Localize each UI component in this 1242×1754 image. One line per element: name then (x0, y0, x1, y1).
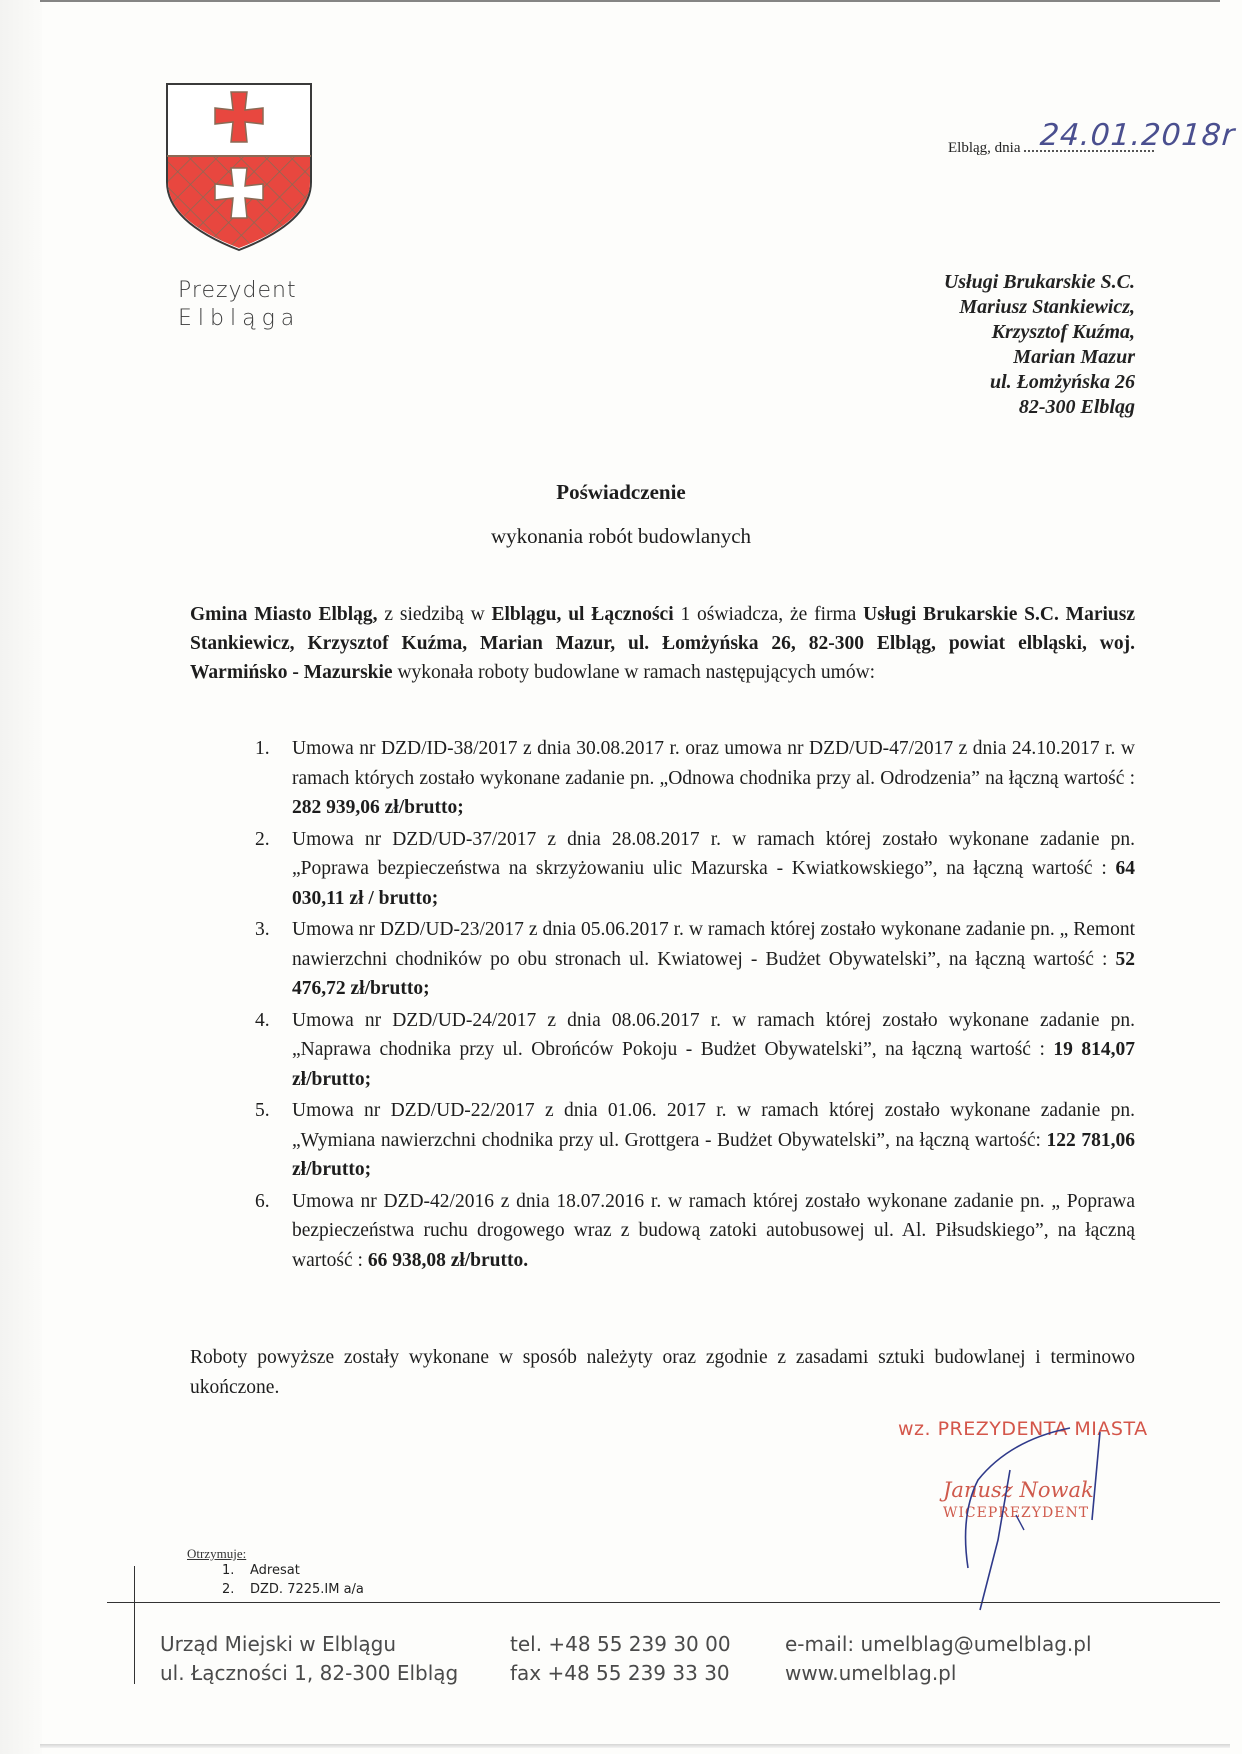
footer-contact: e-mail: umelblag@umelblag.pl www.umelbla… (785, 1630, 1092, 1688)
scan-top-edge (40, 0, 1220, 2)
footer-divider (107, 1602, 1220, 1603)
addressee-line: 82-300 Elbląg (944, 395, 1135, 420)
contract-item: 3.Umowa nr DZD/UD-23/2017 z dnia 05.06.2… (255, 915, 1135, 1004)
contract-amount: 282 939,06 zł/brutto; (292, 797, 464, 818)
contract-item: 1.Umowa nr DZD/ID-38/2017 z dnia 30.08.2… (255, 734, 1135, 823)
contract-amount: 66 938,08 zł/brutto. (368, 1250, 528, 1271)
distribution-text: DZD. 7225.IM a/a (250, 1582, 364, 1597)
intro-bold-2: Elblągu, ul Łączności (491, 604, 673, 625)
contract-text: Umowa nr DZD/UD-37/2017 z dnia 28.08.201… (292, 829, 1135, 880)
footer-website[interactable]: www.umelblag.pl (785, 1659, 1092, 1688)
distribution-item: 2.DZD. 7225.IM a/a (222, 1580, 364, 1599)
footer-fax: fax +48 55 239 33 30 (510, 1659, 731, 1688)
contract-item: 6.Umowa nr DZD-42/2016 z dnia 18.07.2016… (255, 1187, 1135, 1276)
distribution-text: Adresat (250, 1563, 300, 1578)
contracts-list: 1.Umowa nr DZD/ID-38/2017 z dnia 30.08.2… (255, 734, 1135, 1277)
addressee-line: Mariusz Stankiewicz, (944, 295, 1135, 320)
addressee-line: Usługi Brukarskie S.C. (944, 270, 1135, 295)
addressee-block: Usługi Brukarskie S.C. Mariusz Stankiewi… (944, 270, 1135, 420)
addressee-line: ul. Łomżyńska 26 (944, 370, 1135, 395)
footer-office-address: ul. Łączności 1, 82-300 Elbląg (160, 1659, 458, 1688)
intro-bold-1: Gmina Miasto Elbląg, (190, 604, 378, 625)
distribution-item: 1.Adresat (222, 1561, 364, 1580)
contract-text: Umowa nr DZD/UD-24/2017 z dnia 08.06.201… (292, 1010, 1135, 1061)
footer-office-name: Urząd Miejski w Elblągu (160, 1630, 458, 1659)
contract-text: Umowa nr DZD/UD-23/2017 z dnia 05.06.201… (292, 919, 1135, 970)
contract-number: 4. (255, 1006, 270, 1036)
contract-number: 1. (255, 734, 270, 764)
intro-text-2: 1 oświadcza, że firma (674, 604, 864, 625)
contract-number: 2. (255, 825, 270, 855)
addressee-line: Krzysztof Kuźma, (944, 320, 1135, 345)
intro-paragraph: Gmina Miasto Elbląg, z siedzibą w Elbląg… (190, 600, 1135, 687)
scan-bottom-edge (40, 1744, 1230, 1748)
contract-text: Umowa nr DZD/ID-38/2017 z dnia 30.08.201… (292, 738, 1135, 789)
distribution-number: 2. (222, 1580, 250, 1599)
elblag-coat-of-arms-icon (165, 82, 313, 252)
contract-number: 5. (255, 1096, 270, 1126)
footer-phones: tel. +48 55 239 30 00 fax +48 55 239 33 … (510, 1630, 731, 1688)
closing-paragraph: Roboty powyższe zostały wykonane w sposó… (190, 1343, 1135, 1403)
addressee-line: Marian Mazur (944, 345, 1135, 370)
distribution-label: Otrzymuje: (187, 1546, 246, 1562)
document-title: Poświadczenie (0, 480, 1242, 505)
footer-email[interactable]: e-mail: umelblag@umelblag.pl (785, 1630, 1092, 1659)
logo-caption-line2: Elbląga (178, 306, 300, 331)
footer-vertical-rule (134, 1566, 135, 1684)
date-label: Elbląg, dnia (948, 140, 1020, 156)
contract-item: 5.Umowa nr DZD/UD-22/2017 z dnia 01.06. … (255, 1096, 1135, 1185)
intro-text-3: wykonała roboty budowlane w ramach nastę… (393, 662, 875, 683)
contract-item: 4.Umowa nr DZD/UD-24/2017 z dnia 08.06.2… (255, 1006, 1135, 1095)
document-subtitle: wykonania robót budowlanych (0, 524, 1242, 549)
distribution-number: 1. (222, 1561, 250, 1580)
contract-item: 2.Umowa nr DZD/UD-37/2017 z dnia 28.08.2… (255, 825, 1135, 914)
handwritten-date: 24.01.2018r (1039, 118, 1237, 153)
intro-text-1: z siedzibą w (378, 604, 492, 625)
contract-number: 3. (255, 915, 270, 945)
distribution-list: 1.Adresat 2.DZD. 7225.IM a/a (222, 1561, 364, 1599)
footer-office: Urząd Miejski w Elblągu ul. Łączności 1,… (160, 1630, 458, 1688)
footer-phone: tel. +48 55 239 30 00 (510, 1630, 731, 1659)
contract-text: Umowa nr DZD/UD-22/2017 z dnia 01.06. 20… (292, 1100, 1135, 1151)
scan-margin (0, 0, 42, 1754)
handwritten-signature-icon (950, 1420, 1150, 1620)
contract-number: 6. (255, 1187, 270, 1217)
logo-caption-line1: Prezydent (178, 278, 297, 303)
